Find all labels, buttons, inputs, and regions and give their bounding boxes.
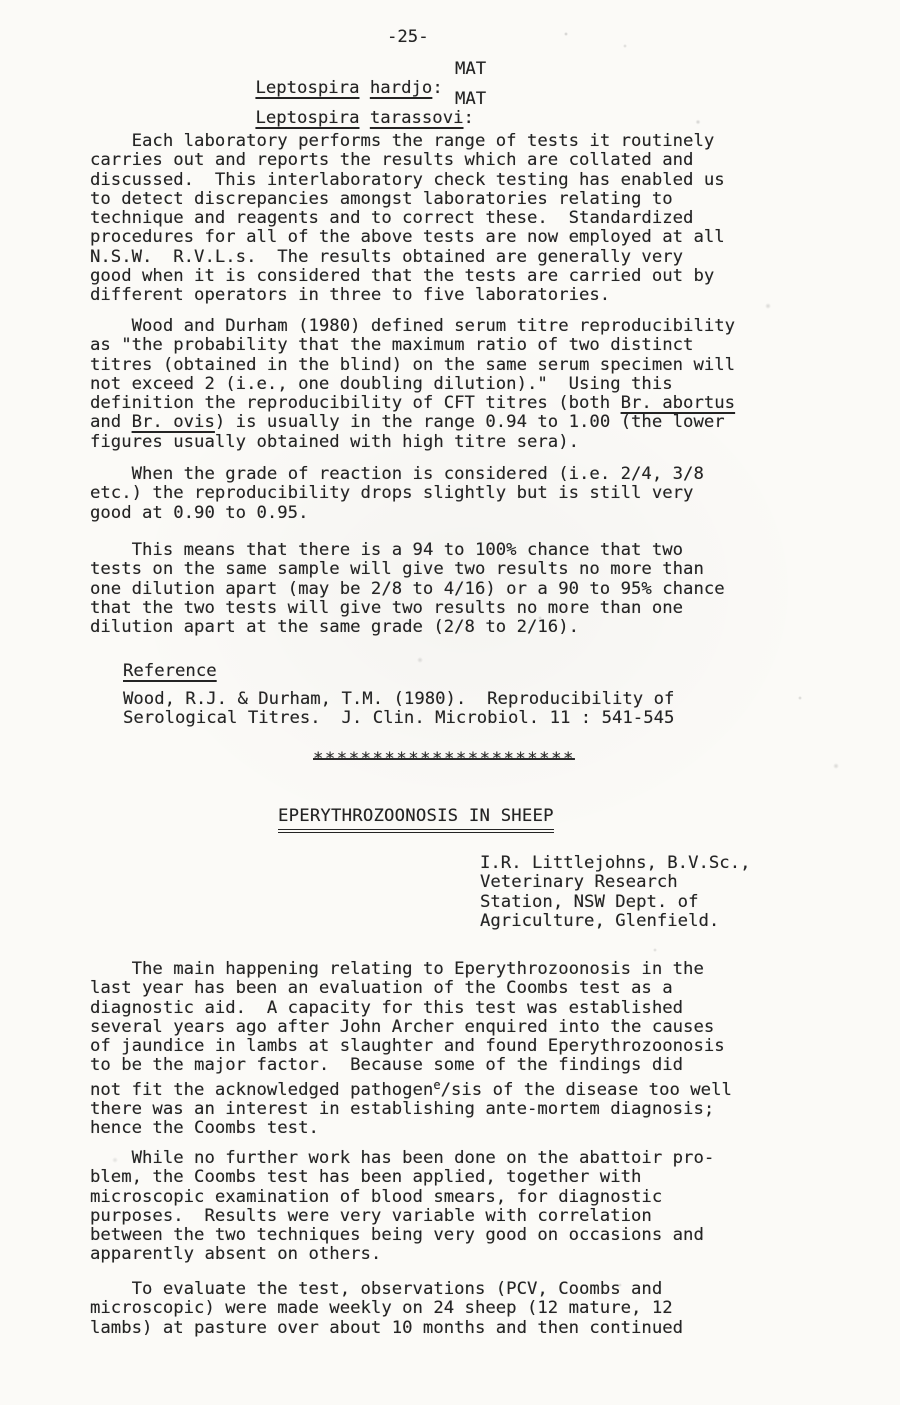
genus-label: Leptospira [255,108,359,128]
paragraph-line: definition the reproducibility of CFT ti… [90,394,735,413]
scanned-document-page: -25- Leptospirahardjo: MAT Leptospiratar… [0,0,900,1405]
page-number: -25- [387,28,429,47]
text-segment: definition the reproducibility of CFT ti… [90,393,621,413]
paragraph-reproducibility-definition: Wood and Durham (1980) defined serum tit… [90,317,735,452]
paragraph-abattoir-problem: While no further work has been done on t… [90,1149,714,1265]
section-title-text: EPERYTHROZOONOSIS IN SHEEP [278,806,554,833]
reference-heading-text: Reference [123,661,217,681]
reference-heading: Reference [123,662,217,681]
paragraph-interlab-testing: Each laboratory performs the range of te… [90,132,725,306]
text-segment: and [90,412,132,432]
colon: : [464,108,474,128]
paragraph-text: there was an interest in establishing an… [90,1100,732,1139]
paragraph-chance-explanation: This means that there is a 94 to 100% ch… [90,541,725,637]
paragraph-line: and Br. ovis) is usually in the range 0.… [90,413,735,432]
paragraph-text: Wood and Durham (1980) defined serum tit… [90,317,735,394]
paragraph-test-evaluation: To evaluate the test, observations (PCV,… [90,1280,683,1338]
paragraph-text: The main happening relating to Eperythro… [90,960,732,1076]
text-segment: /sis of the disease too well [441,1080,732,1100]
reference-citation: Wood, R.J. & Durham, T.M. (1980). Reprod… [123,690,674,729]
section-title: EPERYTHROZOONOSIS IN SHEEP [278,807,554,826]
paragraph-line: not fit the acknowledged pathogene/sis o… [90,1076,732,1100]
serovar-label: tarassovi [370,108,464,128]
text-segment: ) is usually in the range 0.94 to 1.00 (… [215,412,725,432]
method-label: MAT [455,60,486,79]
typed-correction-superscript: e [433,1078,440,1092]
species-br-ovis: Br. ovis [132,412,215,432]
method-label: MAT [455,90,486,109]
asterisk-divider: ********************** [313,750,575,769]
text-segment: not fit the acknowledged pathogen [90,1080,433,1100]
test-list: Leptospirahardjo: MAT Leptospiratarassov… [193,60,474,119]
paragraph-grade-of-reaction: When the grade of reaction is considered… [90,465,704,523]
test-row-hardjo: Leptospirahardjo: MAT [193,60,474,90]
asterisk-divider-text: ********************** [313,749,575,769]
author-affiliation-block: I.R. Littlejohns, B.V.Sc., Veterinary Re… [480,854,751,931]
species-br-abortus: Br. abortus [621,393,735,413]
paragraph-line: figures usually obtained with high titre… [90,433,735,452]
test-row-tarassovi: Leptospiratarassovi: MAT [193,90,474,120]
paragraph-coombs-evaluation: The main happening relating to Eperythro… [90,960,732,1139]
